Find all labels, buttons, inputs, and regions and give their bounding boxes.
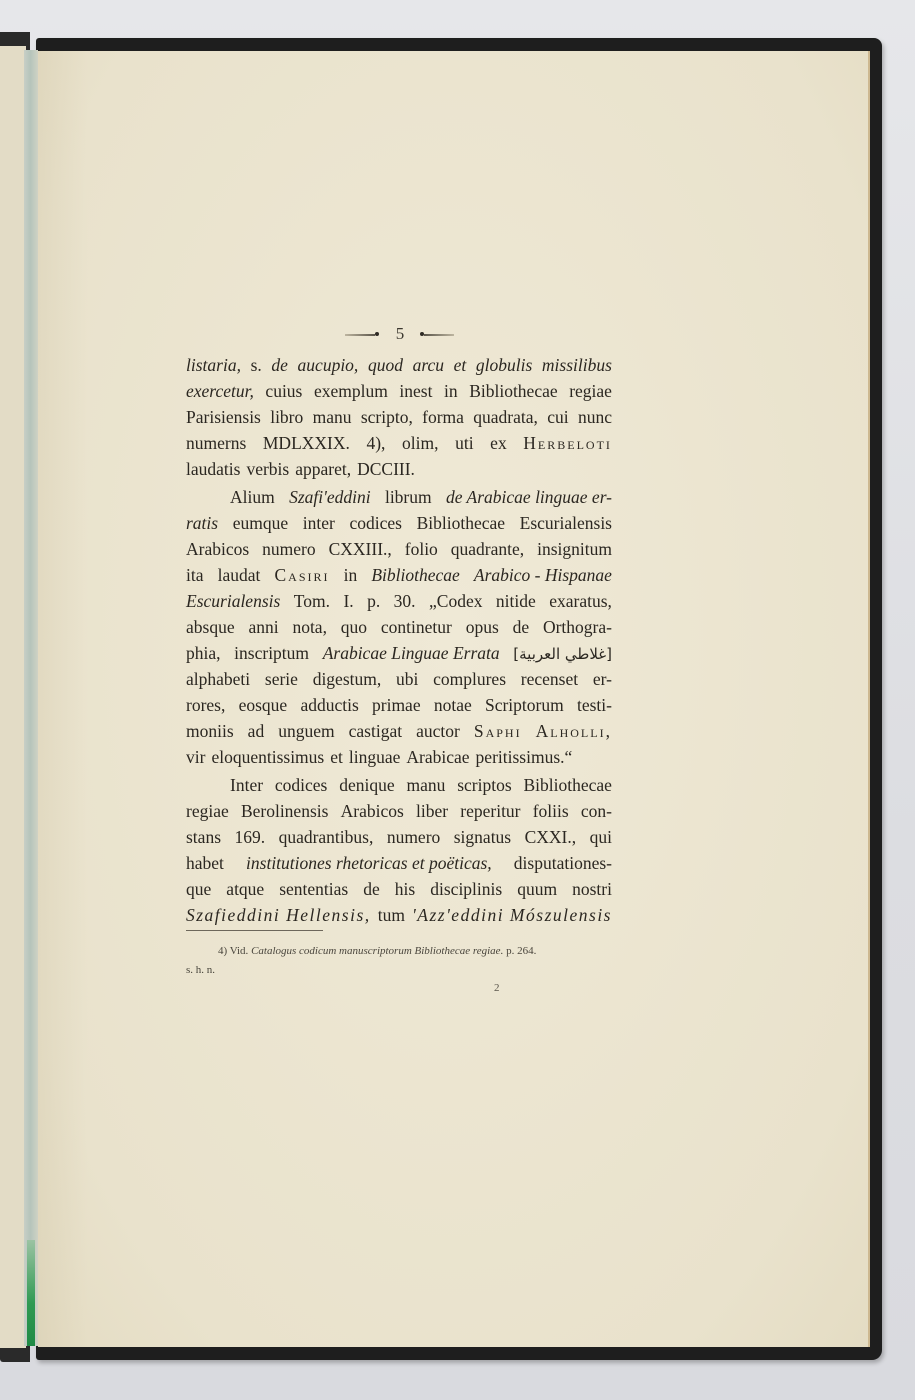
footnote-rule (186, 930, 323, 931)
facing-page-edge (0, 46, 26, 1348)
text-line: listaria, s. de aucupio, quod arcu et gl… (186, 355, 612, 381)
text-line: numerns MDLXXIX. 4), olim, uti ex Herbel… (186, 433, 612, 459)
arabic-title: [غلاطي العربية] (513, 645, 612, 663)
text-line: Alium Szafi'eddini librum de Arabicae li… (230, 487, 612, 513)
text-line: ratis eumque inter codices Bibliothecae … (186, 513, 612, 539)
text-line: moniis ad unguem castigat auctor Saphi A… (186, 721, 612, 747)
text-line: absque anni nota, quo continetur opus de… (186, 617, 612, 643)
text-line: alphabeti serie digestum, ubi complures … (186, 669, 612, 695)
signature-mark: 2 (494, 982, 500, 994)
text-line: exercetur, cuius exemplum inest in Bibli… (186, 381, 612, 407)
text-line: laudatis verbis apparet, DCCIII. (186, 459, 612, 485)
text-line: Arabicos numero CXXIII., folio quadrante… (186, 539, 612, 565)
footnote: 4) Vid. Catalogus codicum manuscriptorum… (218, 945, 536, 957)
gutter-green-mark (27, 1240, 35, 1346)
text-line: vir eloquentissimus et linguae Arabicae … (186, 747, 612, 773)
text-line: Escurialensis Tom. I. p. 30. „Codex niti… (186, 591, 612, 617)
text-line: habet institutiones rhetoricas et poëtic… (186, 853, 612, 879)
text-line: regiae Berolinensis Arabicos liber reper… (186, 801, 612, 827)
text-line: que atque sententias de his disciplinis … (186, 879, 612, 905)
ornament-right-icon (424, 334, 454, 336)
text-line: rores, eosque adductis primae notae Scri… (186, 695, 612, 721)
text-line: Szafieddini Hellensis, tum 'Azz'eddini M… (186, 905, 612, 931)
text-line: Inter codices denique manu scriptos Bibl… (230, 775, 612, 801)
text-line: stans 169. quadrantibus, numero signatus… (186, 827, 612, 853)
gutter-strip (24, 50, 38, 1346)
footnote-continuation: s. h. n. (186, 964, 215, 976)
text-line: ita laudat Casiri in Bibliothecae Arabic… (186, 565, 612, 591)
text-line: Parisiensis libro manu scripto, forma qu… (186, 407, 612, 433)
text-line: phia, inscriptum Arabicae Linguae Errata… (186, 643, 612, 669)
